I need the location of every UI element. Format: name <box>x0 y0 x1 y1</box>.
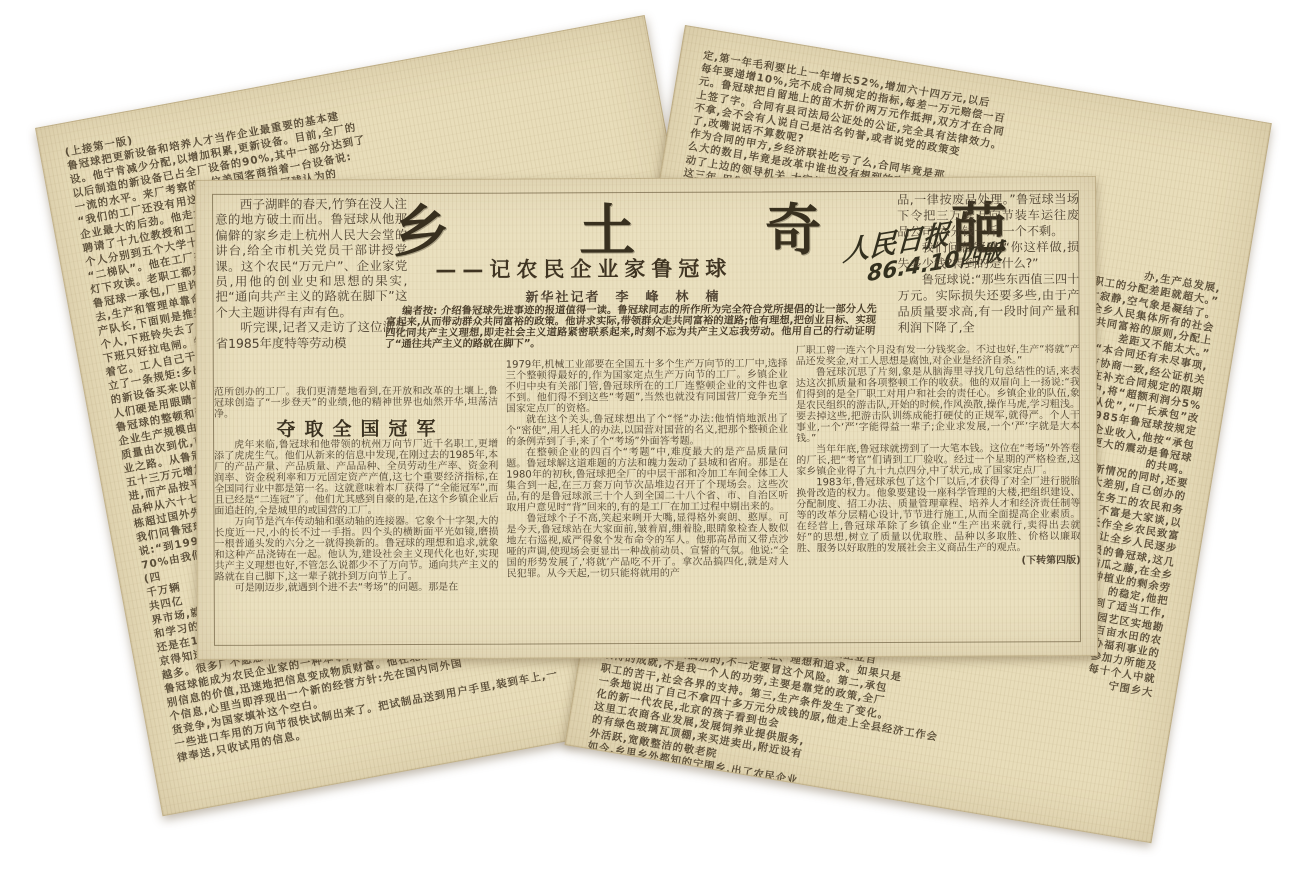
body-paragraph: 就在这个关头,鲁冠球想出了个“怪”办法:他悄悄地派出了个“密使”,用人托人的办法… <box>506 413 788 447</box>
column3-paragraphs: 厂职工曾一连六个月没有发一分钱奖金。不过也好,生产“将就”产品还发奖金,对工人思… <box>796 344 1081 554</box>
intro-paragraph: 西子湖畔的春天,竹笋在没人注意的地方破土而出。鲁冠球从他那偏僻的家乡走上杭州人民… <box>215 196 408 320</box>
title-character: 奇 <box>765 190 821 266</box>
body-paragraph: 鲁冠球沉思了片刻,象是从脑海里寻找几句总结性的话,来表达这次抓质量和各项整顿工作… <box>796 366 1080 444</box>
article-subtitle: ——记农民企业家鲁冠球 <box>435 253 732 284</box>
editor-note-label: 编者按: <box>402 306 438 317</box>
photo-of-newspaper-clippings: (上接第一版)鲁冠球把更新设备和培养人才当作企业最重要的基本建设。他宁肯减少分配… <box>0 0 1300 875</box>
body-paragraph: 鲁冠球说:“那些东西值三四十万元。实际损失还要多些,由于产品质量要求高,有一段时… <box>897 271 1079 336</box>
body-paragraph: 鲁冠球个子不高,笑起来咧开大嘴,显得格外爽朗、憨厚。可是今天,鲁冠球站在大家面前… <box>506 512 788 579</box>
article-frame: 西子湖畔的春天,竹笋在没人注意的地方破土而出。鲁冠球从他那偏僻的家乡走上杭州人民… <box>212 190 1081 646</box>
body-column-3: 厂职工曾一连六个月没有发一分钱奖金。不过也好,生产“将就”产品还发奖金,对工人思… <box>796 344 1081 642</box>
column1-lead-in: 范所创办的工厂。我们更清楚地看到,在开放和改革的土壤上,鲁冠球创造了“一步登天”… <box>214 386 498 420</box>
column1-paragraphs: 虎年来临,鲁冠球和他带领的杭州万向节厂近千名职工,更增添了虎虎生气。他们从新来的… <box>214 439 499 594</box>
body-paragraph: 厂职工曾一连六个月没有发一分钱奖金。不过也好,生产“将就”产品还发奖金,对工人思… <box>796 344 1080 367</box>
body-paragraph: 当年年底,鲁冠球就捞到了一大笔本钱。这位在“考场”外答卷的厂长,把“考官”们请到… <box>796 443 1080 477</box>
continuation-note: (下转第四版) <box>797 555 1081 567</box>
body-paragraph: 万向节是汽车传动轴和驱动轴的连接器。它象个十字架,大的长度近一尺,小的长不过一手… <box>214 516 498 583</box>
body-column-1: 范所创办的工厂。我们更清楚地看到,在开放和改革的土壤上,鲁冠球创造了“一步登天”… <box>214 386 499 645</box>
editor-note-text: 介绍鲁冠球先进事迹的报道值得一读。鲁冠球同志的所作所为完全符合党所提倡的让一部分… <box>384 304 877 350</box>
body-paragraph: 品,一律按废品处理。”鲁冠球当场下令把三万套万向节装车运往废品公司,六分钱一斤,… <box>897 191 1079 240</box>
intro-column: 西子湖畔的春天,竹笋在没人注意的地方破土而出。鲁冠球从他那偏僻的家乡走上杭州人民… <box>215 196 408 351</box>
body-paragraph: 我们问鲁冠球:“你这样做,损失多少钱?得到的是什么?” <box>897 239 1079 272</box>
body-paragraph: 1983年,鲁冠球承包了这个厂以后,才获得了对全厂进行脱胎换骨改造的权力。他象要… <box>796 476 1080 554</box>
body-paragraph: 虎年来临,鲁冠球和他带领的杭州万向节厂近千名职工,更增添了虎虎生气。他们从新来的… <box>214 439 498 517</box>
body-paragraph: 可是刚迈步,就遇到个进不去“考场”的问题。那是在 <box>215 582 499 594</box>
editor-note: 编者按: 介绍鲁冠球先进事迹的报道值得一读。鲁冠球同志的所作所为完全符合党所提倡… <box>384 304 877 350</box>
right-lead-column: 品,一律按废品处理。”鲁冠球当场下令把三万套万向节装车运往废品公司,六分钱一斤,… <box>897 191 1080 336</box>
intro-paragraph: 听完课,记者又走访了这位浙江省1985年度特等劳动模 <box>216 319 408 351</box>
body-column-2: 1979年,机械工业部要在全国五十多个生产万向节的工厂中,选择三个整顿得最好的,… <box>506 358 789 643</box>
body-paragraph: 1979年,机械工业部要在全国五十多个生产万向节的工厂中,选择三个整顿得最好的,… <box>506 358 788 414</box>
section-heading: 夺取全国冠军 <box>214 424 498 436</box>
center-newspaper-clipping: 西子湖畔的春天,竹笋在没人注意的地方破土而出。鲁冠球从他那偏僻的家乡走上杭州人民… <box>195 176 1098 660</box>
article-byline: 新华社记者 李 峰 林 楠 <box>525 286 720 306</box>
body-paragraph: 在整顿企业的四百个“考题”中,难度最大的是产品质量问题。鲁冠球解这道难题的方法和… <box>506 446 788 513</box>
